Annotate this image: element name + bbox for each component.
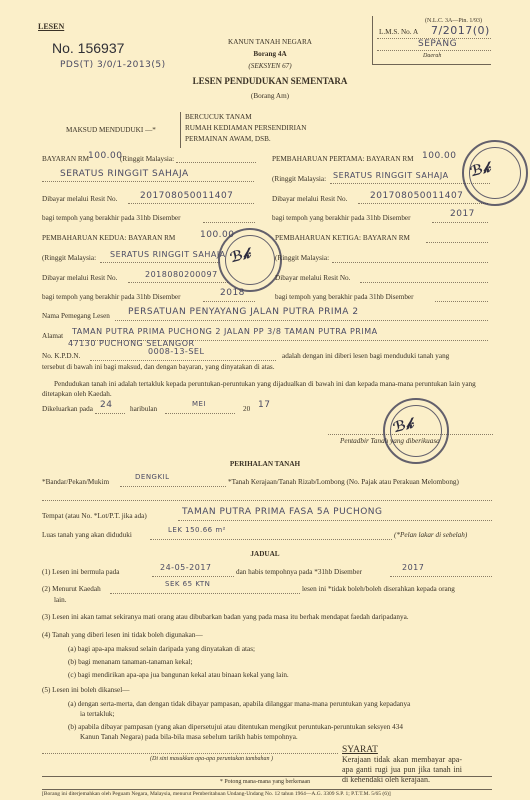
renewal-2-period-label: bagi tempoh yang berakhir pada 31hb Dise… bbox=[42, 293, 181, 301]
renewal-2-amount-words: SERATUS RINGGIT SAHAJA bbox=[110, 250, 226, 259]
rule-reference: SEK 65 KTN bbox=[165, 580, 210, 588]
payment-label: BAYARAN RM bbox=[42, 155, 89, 163]
schedule-item-4b: (b) bagi menanam tanaman-tanaman kekal; bbox=[68, 658, 193, 666]
renewal-1-period-label: bagi tempoh yang berakhir pada 31hb Dise… bbox=[272, 214, 411, 222]
district-value: SEPANG bbox=[418, 39, 457, 49]
land-type-label: *Tanah Kerajaan/Tanah Rizab/Lombong (No.… bbox=[228, 478, 459, 486]
purpose-divider bbox=[180, 112, 181, 148]
holder-address-label: Alamat bbox=[42, 332, 63, 340]
renewal-1-label: PEMBAHARUAN PERTAMA: BAYARAN RM bbox=[272, 155, 414, 163]
lesen-label: LESEN bbox=[38, 22, 64, 31]
act-title: KANUN TANAH NEGARA bbox=[200, 38, 340, 46]
renewal-1-amount: 100.00 bbox=[422, 151, 457, 161]
schedule-item-1-label: (1) Lesen ini bermula pada bbox=[42, 568, 119, 576]
renewal-1-receipt-number: 201708050011407 bbox=[370, 191, 463, 201]
lms-label: L.M.S. No. A bbox=[379, 28, 418, 36]
section-ref: (SEKSYEN 67) bbox=[200, 62, 340, 70]
schedule-item-5b-line-2: Kanun Tanah Negara) pada bila-bila masa … bbox=[80, 733, 298, 741]
extra-provisions-note: (Di sini masukkan apa-apa peruntukan tam… bbox=[150, 756, 273, 762]
official-stamp-icon bbox=[383, 398, 449, 464]
schedule-title: JADUAL bbox=[200, 550, 330, 558]
renewal-2-rm-label: (Ringgit Malaysia: bbox=[42, 254, 96, 262]
renewal-2-label: PEMBAHARUAN KEDUA: BAYARAN RM bbox=[42, 234, 175, 242]
area-label: Luas tanah yang akan diduduki bbox=[42, 531, 132, 539]
terms-paragraph: Pendudukan tanah ini adalah tertakluk ke… bbox=[42, 380, 492, 399]
payment-amount: 100.00 bbox=[88, 151, 123, 161]
area-note: (*Pelan lakar di sebelah) bbox=[394, 531, 467, 539]
schedule-item-4: (4) Tanah yang diberi lesen ini tidak bo… bbox=[42, 631, 203, 639]
town-value: DENGKIL bbox=[135, 473, 170, 481]
syarat-title: SYARAT bbox=[342, 745, 462, 755]
district-label: Daerah bbox=[423, 53, 441, 59]
licence-start-date: 24-05-2017 bbox=[160, 563, 212, 572]
purpose-option-3: PERMAINAN AWAM, DSB. bbox=[185, 135, 271, 143]
issued-year-prefix: 20 bbox=[243, 405, 250, 413]
schedule-item-5: (5) Lesen ini boleh dikansel— bbox=[42, 686, 129, 694]
renewal-1-amount-words: SERATUS RINGGIT SAHAJA bbox=[333, 171, 449, 180]
renewal-2-receipt-number: 2018080200097 bbox=[145, 270, 218, 279]
place-label: Tempat (atau No. *Lot/P.T. jika ada) bbox=[42, 512, 147, 520]
schedule-item-4a: (a) bagi apa-apa maksud selain daripada … bbox=[68, 645, 255, 653]
renewal-1-period-year: 2017 bbox=[450, 209, 475, 219]
schedule-item-5a-line-2: ia tertakluk; bbox=[80, 710, 115, 718]
area-value: LEK 150.66 m² bbox=[168, 526, 226, 534]
renewal-3-label: PEMBAHARUAN KETIGA: BAYARAN RM bbox=[275, 234, 410, 242]
payment-receipt-label: Dibayar melalui Resit No. bbox=[42, 195, 117, 203]
issued-year-suffix: 17 bbox=[258, 400, 270, 410]
lms-number: 7/2017(0) bbox=[431, 24, 490, 37]
kpdn-label: No. K.P.D.N. bbox=[42, 352, 80, 360]
payment-period-label: bagi tempoh yang berakhir pada 31hb Dise… bbox=[42, 214, 181, 222]
schedule-item-5b-line-1: (b) apabila dibayar pampasan (yang akan … bbox=[68, 723, 403, 731]
grant-text-1: adalah dengan ini diberi lesen bagi mend… bbox=[282, 352, 449, 360]
kpdn-number: 0008-13-SEL bbox=[148, 347, 204, 356]
licence-end-year: 2017 bbox=[402, 563, 424, 572]
issued-month-label: haribulan bbox=[130, 405, 157, 413]
renewal-1-rm-label: (Ringgit Malaysia: bbox=[272, 175, 326, 183]
schedule-item-2-cont: lain. bbox=[54, 596, 67, 604]
serial-number: No. 156937 bbox=[52, 40, 124, 56]
issued-day: 24 bbox=[100, 400, 112, 410]
purpose-option-1: BERCUCUK TANAM bbox=[185, 113, 252, 121]
schedule-item-5a-line-1: (a) dengan serta-merta, dan dengan tidak… bbox=[68, 700, 410, 708]
schedule-item-2-text: lesen ini *tidak boleh/boleh diserahkan … bbox=[302, 585, 455, 593]
payment-amount-words: SERATUS RINGGIT SAHAJA bbox=[60, 169, 189, 179]
legal-footer: [Borang ini diterjemahkan oleh Peguam Ne… bbox=[42, 791, 391, 797]
lms-reference-box: (N.L.C. 3A—Pin. 1/93) L.M.S. No. A 7/201… bbox=[372, 16, 491, 65]
cut-note: * Potong mana-mana yang berkenaan bbox=[150, 779, 380, 785]
schedule-item-1-end-label: dan habis tempohnya pada *31hb Disember bbox=[236, 568, 362, 576]
payment-rm-label: (Ringgit Malaysia: bbox=[120, 155, 174, 163]
renewal-3-receipt-label: Dibayar melalui Resit No. bbox=[275, 274, 350, 282]
document-subtitle: (Borang Am) bbox=[200, 92, 340, 100]
schedule-item-2-label: (2) Menurut Kaedah bbox=[42, 585, 101, 593]
town-label: *Bandar/Pekan/Mukim bbox=[42, 478, 109, 486]
renewal-1-receipt-label: Dibayar melalui Resit No. bbox=[272, 195, 347, 203]
issued-label: Dikeluarkan pada bbox=[42, 405, 93, 413]
land-section-title: PERIHALAN TANAH bbox=[180, 460, 350, 468]
schedule-item-4c: (c) bagi mendirikan apa-apa jua bangunan… bbox=[68, 671, 289, 679]
holder-name: PERSATUAN PENYAYANG JALAN PUTRA PRIMA 2 bbox=[128, 307, 359, 317]
purpose-option-2: RUMAH KEDIAMAN PERSENDIRIAN bbox=[185, 124, 306, 132]
grant-text-2: tersebut di bawah ini bagi maksud, dan d… bbox=[42, 363, 275, 371]
holder-name-label: Nama Pemegang Lesen bbox=[42, 312, 110, 320]
purpose-label: MAKSUD MENDUDUKI —* bbox=[66, 126, 156, 134]
place-value: TAMAN PUTRA PRIMA FASA 5A PUCHONG bbox=[182, 507, 383, 517]
issued-month: MEI bbox=[192, 400, 206, 408]
renewal-3-rm-label: (Ringgit Malaysia: bbox=[275, 254, 329, 262]
form-number: Borang 4A bbox=[200, 50, 340, 58]
holder-address-line-1: TAMAN PUTRA PRIMA PUCHONG 2 JALAN PP 3/8… bbox=[72, 327, 378, 336]
file-reference: PDS(T) 3/0/1-2013(5) bbox=[60, 60, 166, 70]
document-title: LESEN PENDUDUKAN SEMENTARA bbox=[150, 76, 390, 86]
renewal-3-period-label: bagi tempoh yang berakhir pada 31hb Dise… bbox=[275, 293, 414, 301]
schedule-item-3: (3) Lesen ini akan tamat sekiranya mati … bbox=[42, 613, 409, 621]
renewal-2-receipt-label: Dibayar melalui Resit No. bbox=[42, 274, 117, 282]
payment-receipt-number: 201708050011407 bbox=[140, 191, 233, 201]
